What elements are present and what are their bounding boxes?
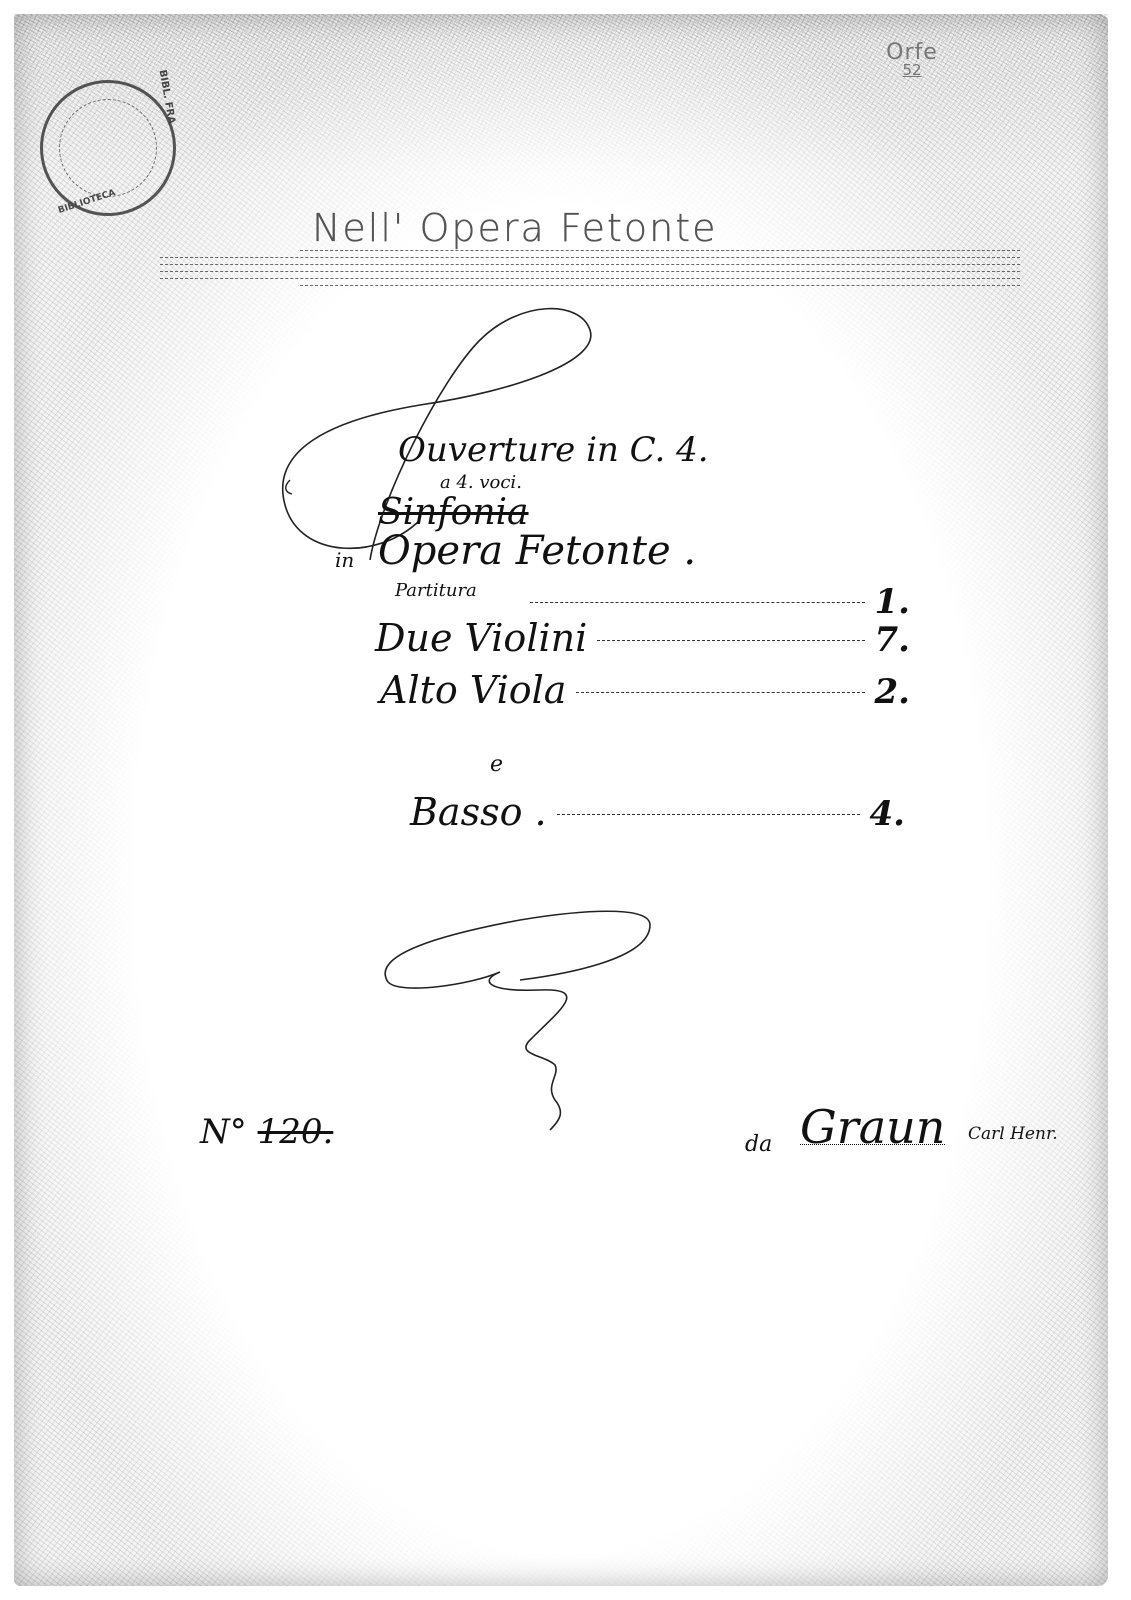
shelfmark: N° 120. [200,1112,333,1152]
connector-e: e [490,752,503,777]
part-name: Due Violini [375,616,587,660]
part-name: Partitura [395,580,477,601]
part-row-basso: Basso . 4. [410,790,905,834]
title-voices: a 4. voci. [440,472,522,493]
shelfmark-prefix: N° [200,1112,247,1152]
part-name: Alto Viola [380,668,566,712]
leader-dash [597,640,864,641]
ink-mark [286,480,292,494]
leader-dash [530,602,865,603]
leader-dash [557,814,860,815]
title-opera-prefix: in [335,548,354,572]
part-name: Basso . [410,790,547,834]
composer-surname: Graun [800,1100,945,1154]
title-opera: Opera Fetonte . [378,528,696,574]
part-quantity: 2. [875,672,911,712]
part-quantity: 4. [870,794,906,834]
ornamental-squiggle-icon [385,911,650,1130]
leader-dash [576,692,864,693]
composer-given-names: Carl Henr. [968,1124,1058,1144]
title-ouverture: Ouverture in C. 4. [398,430,709,470]
part-quantity: 7. [875,620,911,660]
part-row-violini: Due Violini 7. [375,616,910,660]
composer-prefix: da [745,1132,772,1157]
part-row-viola: Alto Viola 2. [380,668,910,712]
title-sinfonia-struck: Sinfonia [378,492,529,533]
shelfmark-number: 120. [258,1112,334,1152]
